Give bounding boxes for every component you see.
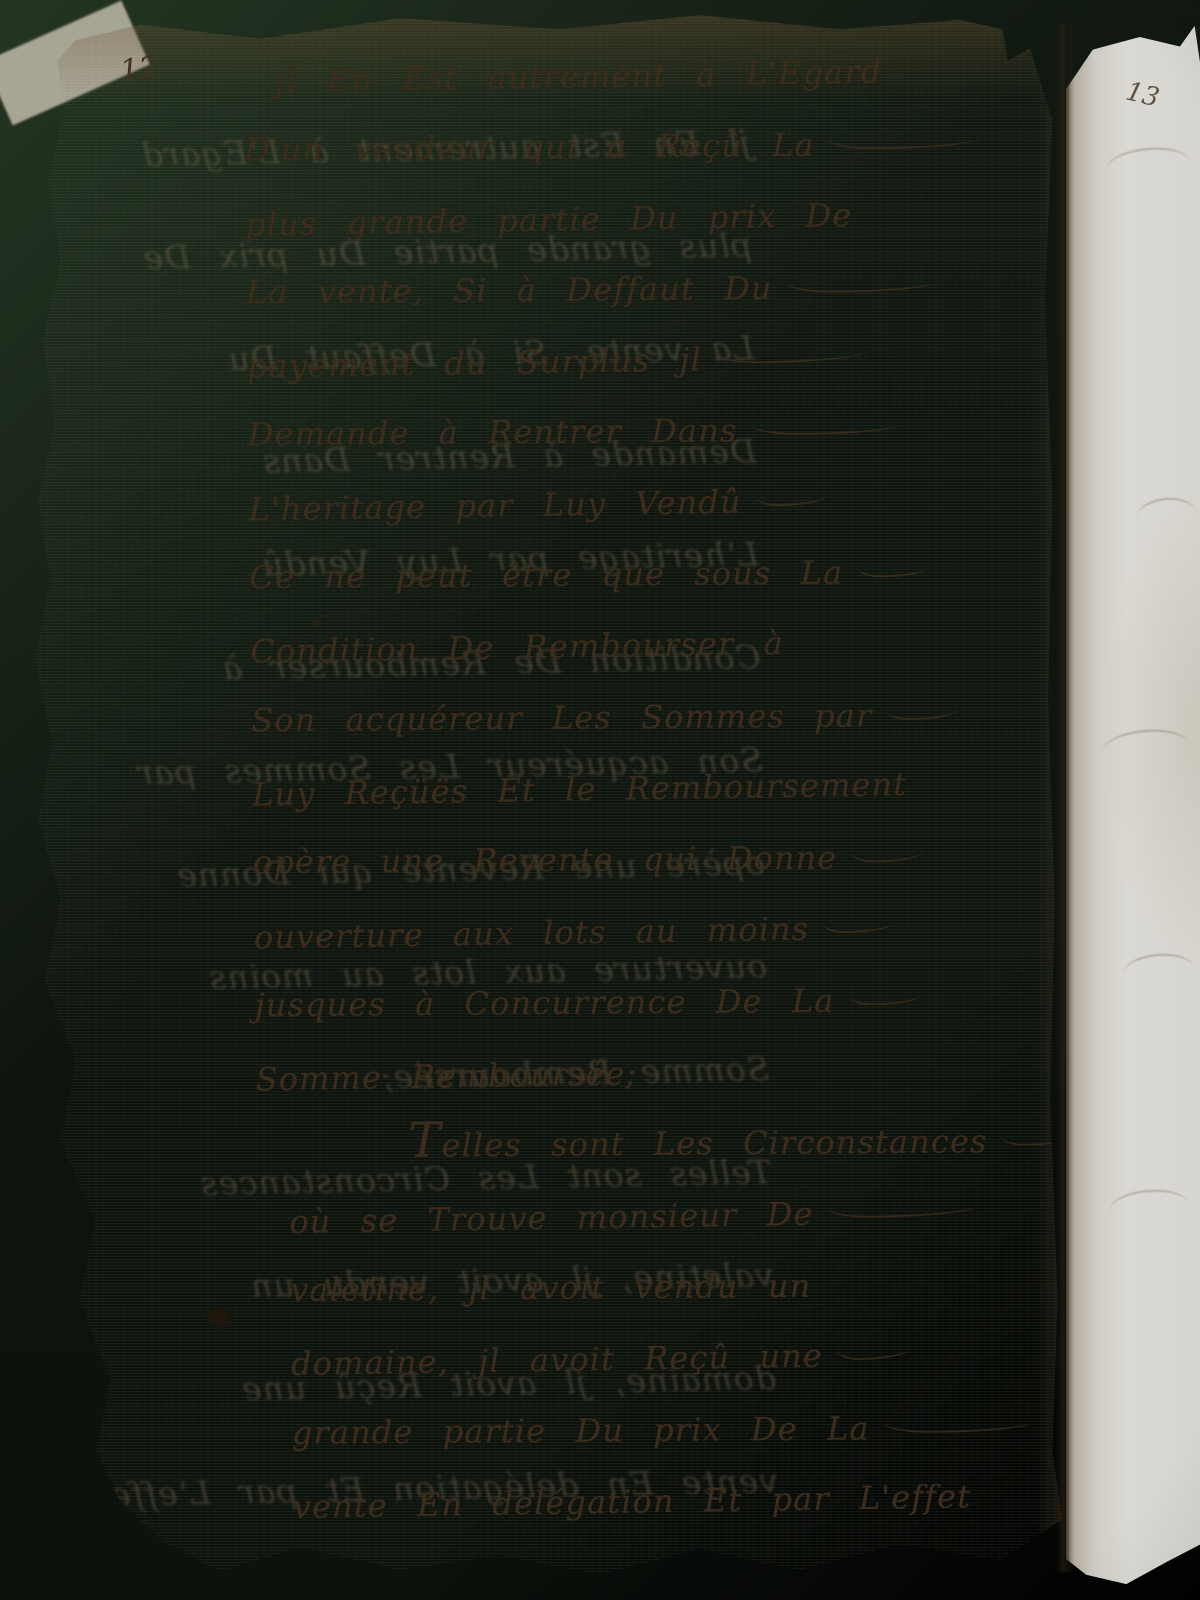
manuscript-line-text: valetine, jl avoit vendu un (290, 1251, 812, 1326)
manuscript-line-text: La vente, Si à Deffaut Du (246, 253, 773, 328)
pen-flourish-stroke (886, 704, 958, 720)
faint-stroke (1105, 144, 1190, 169)
manuscript-line-text: jl En Est autrement à L'Egard (275, 36, 883, 117)
pen-flourish-stroke (857, 562, 929, 578)
pen-flourish-stroke (848, 990, 920, 1006)
manuscript-line: Telles sont Les Circonstances (408, 1106, 1069, 1182)
pen-flourish-stroke (851, 847, 923, 863)
manuscript-line: vente En delégation Et par L'effet (292, 1460, 1073, 1544)
manuscript-line: Somme Remboursée; (255, 1032, 1068, 1116)
page-number-left: 12 (118, 50, 160, 89)
left-page: jl En Est autrement à L'Egardplus grande… (18, 12, 1080, 1584)
pen-flourish-stroke (827, 1201, 977, 1218)
pen-flourish-stroke (823, 917, 895, 933)
manuscript-line-text: jusques à Concurrence De La (254, 965, 834, 1041)
manuscript-line: Luy Reçüës Et le Remboursement (251, 747, 1064, 831)
manuscript-line: La vente, Si à Deffaut Du (246, 251, 1059, 329)
manuscript-line: opère une Revente qui Donne (253, 821, 1066, 899)
pen-flourish-stroke (837, 1345, 909, 1361)
manuscript-line: Demande à Rentrer Dans (247, 393, 1060, 471)
manuscript-line: L'heritage par Luy Vendû (248, 461, 1061, 545)
manuscript-line-text: Son acquéreur Les Sommes par (251, 680, 873, 756)
right-page: 13 (1066, 18, 1200, 1600)
pen-flourish-stroke (883, 1417, 1033, 1433)
manuscript-line: Condition De Rembourser à (250, 604, 1063, 688)
pen-flourish-stroke (828, 134, 978, 150)
manuscript-line-text: D'un vendeur qui a Reçû La (244, 110, 815, 186)
manuscript-line-text: Demande à Rentrer Dans (247, 396, 737, 471)
manuscript-line-text: Somme Remboursée; (255, 1039, 638, 1116)
ink-blot (207, 1307, 233, 1329)
manuscript-line-text: domaine, jl avoit Reçû une (290, 1321, 823, 1401)
pen-flourish-stroke (786, 277, 936, 293)
manuscript-line: ouverture aux lots au moins (253, 889, 1066, 973)
pen-flourish-stroke (751, 420, 901, 436)
manuscript-line: payement du Surplus jl (246, 319, 1059, 403)
manuscript-line: jusques à Concurrence De La (254, 964, 1067, 1042)
ink-speck (313, 620, 320, 626)
manuscript-line: D'un vendeur qui a Reçû La (244, 108, 1057, 186)
manuscript-line: domaine, jl avoit Reçû une (290, 1317, 1071, 1401)
book-gutter-shadow (1056, 24, 1074, 1572)
page-number-right: 13 (1123, 76, 1162, 113)
manuscript-photo: jl En Est autrement à L'Egardplus grande… (0, 0, 1200, 1600)
manuscript-line: grande partie Du prix De La (292, 1391, 1073, 1468)
pen-flourish-stroke (715, 347, 865, 364)
manuscript-line-text: grande partie Du prix De La (292, 1393, 870, 1469)
manuscript-line-text: opère une Revente qui Donne (253, 823, 838, 899)
faint-stroke (1101, 726, 1188, 751)
manuscript-line-text: où se Trouve monsieur De (289, 1178, 814, 1258)
manuscript-lines: jl En Est autrement à L'EgardD'un vendeu… (243, 35, 1073, 1542)
manuscript-line-text: vente En delégation Et par L'effet (292, 1461, 971, 1543)
manuscript-line-text: Ce ne peut être que sous La (249, 538, 843, 614)
manuscript-line-text: Condition De Rembourser à (250, 608, 784, 688)
manuscript-line-text: Telles sont Les Circonstances (408, 1107, 988, 1183)
manuscript-line: où se Trouve monsieur De (289, 1174, 1070, 1258)
manuscript-line: valetine, jl avoit vendu un (290, 1249, 1071, 1326)
manuscript-line-text: L'heritage par Luy Vendû (248, 466, 742, 545)
manuscript-line: plus grande partie Du prix De (245, 176, 1058, 260)
manuscript-line: jl En Est autrement à L'Egard (275, 34, 1056, 118)
manuscript-line-text: payement du Surplus jl (246, 324, 702, 402)
faint-stroke (1107, 1187, 1188, 1212)
faint-stroke (1121, 951, 1194, 975)
pen-flourish-stroke (755, 490, 827, 506)
manuscript-line: Ce ne peut être que sous La (249, 536, 1062, 614)
manuscript-line-text: ouverture aux lots au moins (253, 893, 809, 973)
manuscript-line: Son acquéreur Les Sommes par (251, 678, 1064, 756)
manuscript-line-text: Luy Reçüës Et le Remboursement (251, 749, 907, 831)
manuscript-line-text: plus grande partie Du prix De (245, 179, 853, 260)
faint-stroke (1135, 495, 1196, 518)
